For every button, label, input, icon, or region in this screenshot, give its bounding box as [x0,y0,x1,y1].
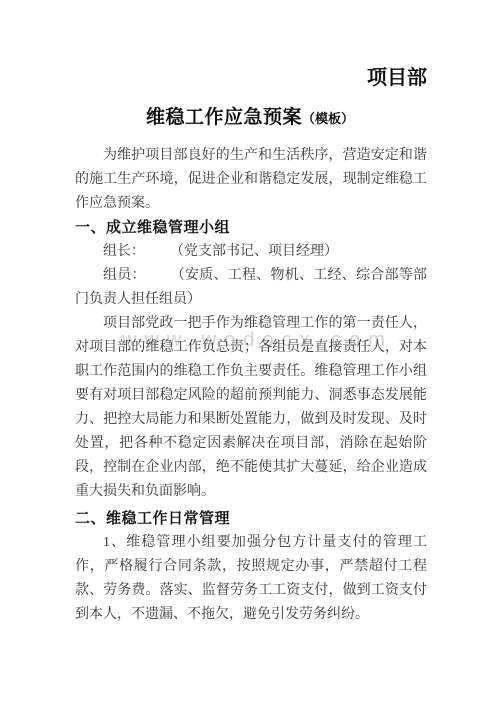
department-label: 项目部 [0,0,500,90]
role-members-line: 组员：（安质、工程、物机、工经、综合部等部门负责人担任组员） [75,264,427,312]
section2-item1-paragraph: 1、维稳管理小组要加强分包方计量支付的管理工作，严格履行合同条款，按照规定办事，… [75,531,427,627]
intro-paragraph: 为维护项目部良好的生产和生活秩序，营造安定和谐的施工生产环境，促进企业和谐稳定发… [75,144,427,216]
section1-heading: 一、成立维稳管理小组 [75,216,427,240]
role-leader-line: 组长：（党支部书记、项目经理） [75,240,427,264]
document-page: www.wodocx.com 项目部 维稳工作应急预案（模板） 为维护项目部良好… [0,0,500,708]
document-title: 维稳工作应急预案（模板） [0,103,500,134]
document-title-main: 维稳工作应急预案 [146,107,302,128]
role-leader-label: 组长： [103,244,145,259]
document-body: 为维护项目部良好的生产和生活秩序，营造安定和谐的施工生产环境，促进企业和谐稳定发… [75,144,427,627]
section1-paragraph: 项目部党政一把手作为维稳管理工作的第一责任人，对项目部的维稳工作负总责；各组员是… [75,312,427,504]
section2-heading: 二、维稳工作日常管理 [75,507,427,531]
document-title-suffix: （模板） [302,111,354,126]
role-leader-value: （党支部书记、项目经理） [177,244,338,259]
role-members-label: 组员： [103,268,146,283]
